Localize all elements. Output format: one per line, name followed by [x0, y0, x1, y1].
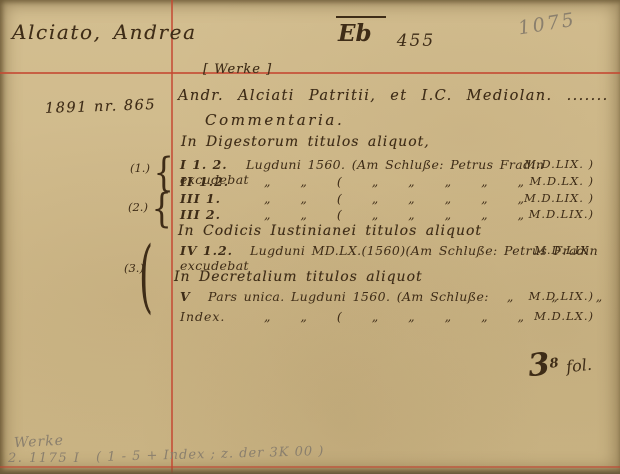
- entry-row-IV: IV 1.2. Lugduni MD.LX.(1560)(Am Schluße:…: [180, 243, 610, 260]
- format-note: 38 fol.: [526, 342, 593, 384]
- entry-date: M.D.LIX. ): [524, 191, 594, 205]
- group-brace-3: (: [139, 236, 153, 316]
- entry-volume-label: III 2.: [180, 207, 260, 222]
- section-digestorum: In Digestorum titulos aliquot,: [181, 134, 430, 150]
- entry-date: M.D.LIX.: [534, 243, 594, 257]
- entry-date: M.D.LX.): [534, 309, 594, 323]
- shelfmark-prefix: Eb: [336, 16, 386, 47]
- entry-ditto-marks: „ „ ( „ „ „ „ „: [264, 174, 524, 189]
- entry-row-III-1: III 1. „ „ ( „ „ „ „ „ M.D.LIX. ): [180, 191, 610, 208]
- section-codicis: In Codicis Iustinianei titulos aliquot: [178, 223, 482, 239]
- pencil-number: 1075: [517, 9, 578, 40]
- entry-ditto-marks: „ „ ( „ „ „ „ „: [264, 191, 524, 206]
- werke-label: [ Werke ]: [203, 62, 272, 77]
- entry-volume-label: V: [180, 289, 204, 304]
- shelfmark: Eb 455: [336, 16, 435, 47]
- group-brace-2: {: [152, 186, 172, 232]
- title-line-1: Andr. Alciati Patritii, et I.C. Mediolan…: [178, 88, 609, 104]
- format-note-superscript: 8: [549, 356, 560, 372]
- shelfmark-number: 455: [397, 31, 435, 51]
- entry-date: M.D.LX. ): [529, 174, 594, 188]
- title-line-2: Commentaria.: [205, 111, 344, 129]
- group-label-1: (1.): [130, 161, 150, 175]
- entry-volume-label: III 1.: [180, 191, 260, 206]
- author-heading: Alciato, Andrea: [12, 20, 197, 44]
- card-bottom-edge-shadow: [0, 468, 620, 474]
- pencil-note-detail: ( 1 - 5 + Index ; z. der 3K 00 ): [96, 444, 325, 465]
- entry-volume-label: IV 1.2.: [180, 243, 246, 258]
- red-vertical-rule: [171, 0, 173, 474]
- entry-date: M.D.LIX. ): [524, 157, 594, 171]
- format-note-suffix: fol.: [565, 355, 593, 377]
- red-horizontal-rule-top: [0, 72, 620, 74]
- entry-row-V: V Pars unica. Lugduni 1560. (Am Schluße:…: [180, 289, 610, 306]
- format-note-digit: 3: [526, 346, 551, 384]
- catalog-card: Alciato, Andrea Eb 455 1075 [ Werke ] 18…: [0, 0, 620, 474]
- entry-volume-label: II 1.2.: [180, 174, 260, 189]
- entry-text: Pars unica. Lugduni 1560. (Am Schluße:: [208, 289, 489, 304]
- acquisition-number: 1891 nr. 865: [45, 97, 157, 117]
- entry-ditto-marks: „ „ ( „ „ „ „ „: [264, 207, 524, 222]
- pencil-note-accession: 2. 1175 I: [8, 451, 80, 466]
- entry-volume-label: Index.: [180, 309, 260, 324]
- entry-volume-label: I 1. 2.: [180, 157, 242, 172]
- section-decretalium: In Decretalium titulos aliquot: [174, 269, 423, 285]
- entry-row-II: II 1.2. „ „ ( „ „ „ „ „ M.D.LX. ): [180, 174, 610, 191]
- entry-row-I: I 1. 2. Lugduni 1560. (Am Schluße: Petru…: [180, 157, 610, 174]
- pencil-note-werke: Werke: [14, 433, 65, 452]
- entry-row-index: Index. „ „ ( „ „ „ „ „ M.D.LX.): [180, 309, 610, 326]
- entry-date: M.D.LIX.): [529, 289, 594, 303]
- entry-date: M.D.LIX.): [529, 207, 594, 221]
- group-label-2: (2.): [128, 200, 148, 214]
- entry-ditto-marks: „ „ ( „ „ „ „ „: [264, 309, 524, 324]
- entry-row-III-2: III 2. „ „ ( „ „ „ „ „ M.D.LIX.): [180, 207, 610, 224]
